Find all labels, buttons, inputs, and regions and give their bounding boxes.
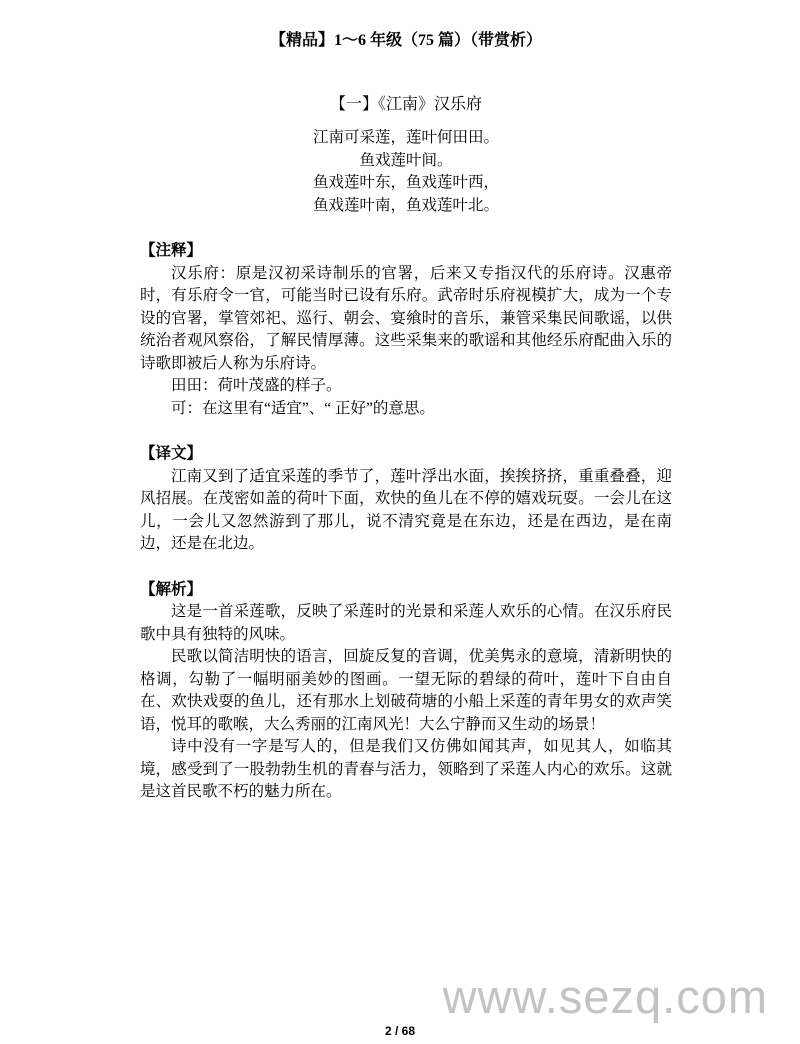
section-heading: 【注释】 [140, 240, 672, 263]
paragraph: 江南又到了适宜采莲的季节了，莲叶浮出水面，挨挨挤挤，重重叠叠，迎风招展。在茂密如… [140, 466, 672, 556]
document-page: 【精品】1～6 年级（75 篇）（带赏析） 【一】《江南》汉乐府 江南可采莲，莲… [0, 0, 800, 1044]
poem-line: 鱼戏莲叶南，鱼戏莲叶北。 [140, 195, 672, 218]
poem-title: 【一】《江南》汉乐府 [140, 94, 672, 116]
document-title: 【精品】1～6 年级（75 篇）（带赏析） [140, 30, 672, 52]
paragraph: 这是一首采莲歌，反映了采莲时的光景和采莲人欢乐的心情。在汉乐府民歌中具有独特的风… [140, 601, 672, 646]
poem-line: 江南可采莲，莲叶何田田。 [140, 127, 672, 150]
document-content: 【精品】1～6 年级（75 篇）（带赏析） 【一】《江南》汉乐府 江南可采莲，莲… [0, 0, 800, 804]
section-heading: 【解析】 [140, 579, 672, 602]
paragraph: 田田：荷叶茂盛的样子。 [140, 375, 672, 398]
section-annotations: 【注释】 汉乐府：原是汉初采诗制乐的官署，后来又专指汉代的乐府诗。汉惠帝时，有乐… [140, 240, 672, 420]
paragraph: 可：在这里有“适宜”、“ 正好”的意思。 [140, 398, 672, 421]
watermark: www.sezq.com [443, 973, 768, 1020]
page-number: 2 / 68 [0, 1025, 800, 1037]
paragraph: 诗中没有一字是写人的，但是我们又仿佛如闻其声，如见其人，如临其境，感受到了一股勃… [140, 736, 672, 804]
section-analysis: 【解析】 这是一首采莲歌，反映了采莲时的光景和采莲人欢乐的心情。在汉乐府民歌中具… [140, 579, 672, 804]
paragraph: 汉乐府：原是汉初采诗制乐的官署，后来又专指汉代的乐府诗。汉惠帝时，有乐府令一官，… [140, 263, 672, 376]
paragraph: 民歌以简洁明快的语言，回旋反复的音调，优美隽永的意境，清新明快的格调，勾勒了一幅… [140, 646, 672, 736]
poem-line: 鱼戏莲叶东，鱼戏莲叶西， [140, 172, 672, 195]
poem: 江南可采莲，莲叶何田田。 鱼戏莲叶间。 鱼戏莲叶东，鱼戏莲叶西， 鱼戏莲叶南，鱼… [140, 127, 672, 217]
poem-line: 鱼戏莲叶间。 [140, 150, 672, 173]
section-translation: 【译文】 江南又到了适宜采莲的季节了，莲叶浮出水面，挨挨挤挤，重重叠叠，迎风招展… [140, 443, 672, 556]
section-heading: 【译文】 [140, 443, 672, 466]
